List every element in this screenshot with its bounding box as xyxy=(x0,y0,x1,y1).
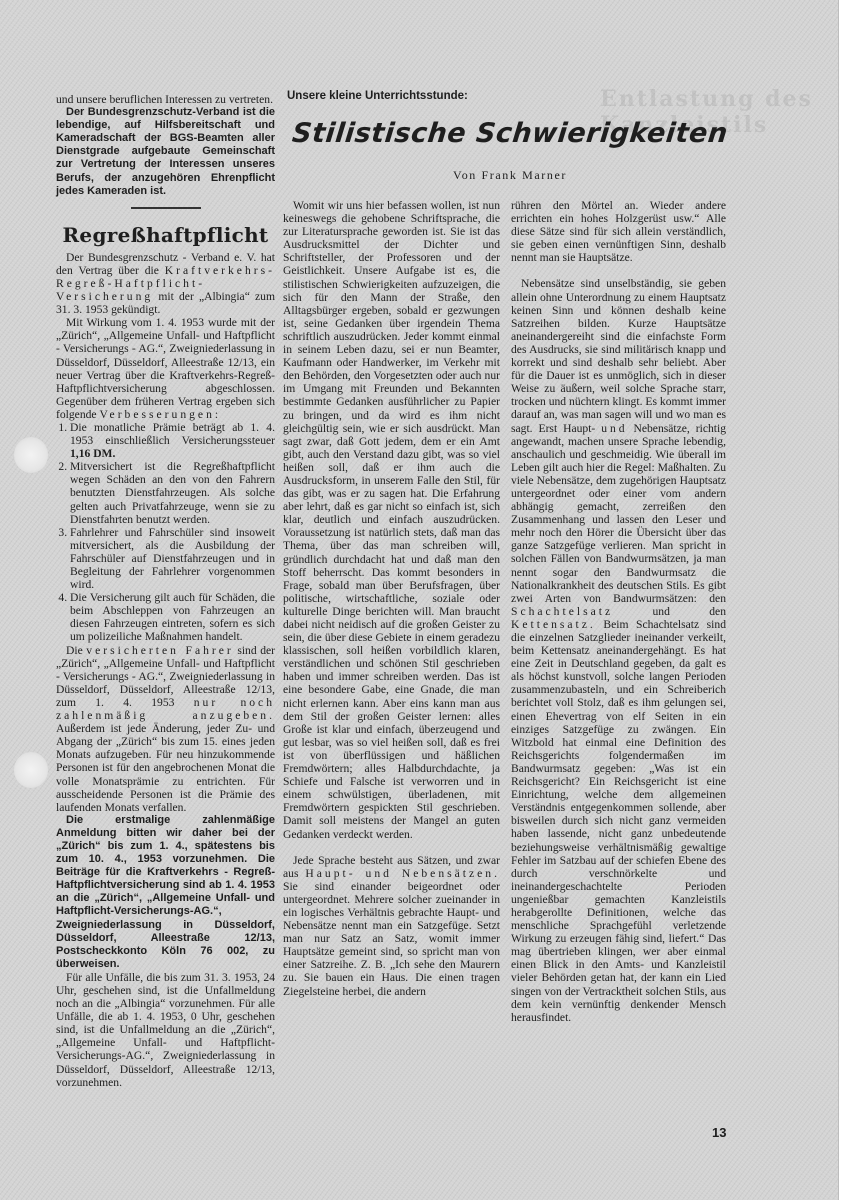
middle-column: Womit wir uns hier befassen wollen, ist … xyxy=(283,199,500,998)
paragraph-2: Jede Sprache besteht aus Sätzen, und zwa… xyxy=(283,854,500,998)
right-column: rühren den Mörtel an. Wieder andere erri… xyxy=(511,199,726,1024)
paragraph-3: Die versicherten Fahrer sind der „Zürich… xyxy=(56,644,275,814)
scanned-page: Entlastung des Kanzleistils und unsere b… xyxy=(0,0,839,1200)
paragraph-2: Nebensätze sind unselbständig, sie geben… xyxy=(511,277,726,1023)
intro-text: und unsere beruflichen Interessen zu ver… xyxy=(56,93,275,106)
paragraph-1: rühren den Mörtel an. Wieder andere erri… xyxy=(511,199,726,264)
page-number: 13 xyxy=(712,1125,726,1140)
paragraph-1: Womit wir uns hier befassen wollen, ist … xyxy=(283,199,500,841)
list-item: Die monatliche Prämie beträgt ab 1. 4. 1… xyxy=(70,421,275,460)
list-item: Mitversichert ist die Regreßhaftpflicht … xyxy=(70,460,275,525)
article-byline: Von Frank Marner xyxy=(280,168,740,183)
intro-bold-text: Der Bundesgrenzschutz-Verband ist die le… xyxy=(56,106,275,198)
punch-hole-bottom xyxy=(14,752,48,788)
improvements-list: Die monatliche Prämie beträgt ab 1. 4. 1… xyxy=(56,421,275,644)
article-kicker: Unsere kleine Unterrichtsstunde: xyxy=(287,90,468,102)
paragraph-1: Der Bundesgrenzschutz - Verband e. V. ha… xyxy=(56,251,275,316)
article-title: Stilistische Schwierigkeiten xyxy=(278,118,741,149)
paragraph-2: Mit Wirkung vom 1. 4. 1953 wurde mit der… xyxy=(56,316,275,421)
list-item: Die Versicherung gilt auch für Schäden, … xyxy=(70,591,275,643)
left-column: und unsere beruflichen Interessen zu ver… xyxy=(56,93,275,1089)
paragraph-4-bold: Die erstmalige zahlenmäßige Anmeldung bi… xyxy=(56,814,275,971)
paragraph-5: Für alle Unfälle, die bis zum 31. 3. 195… xyxy=(56,971,275,1089)
divider-rule xyxy=(131,207,201,209)
list-item: Fahrlehrer und Fahrschüler sind insoweit… xyxy=(70,526,275,591)
punch-hole-top xyxy=(14,437,48,473)
section-title: Regreßhaftpflicht xyxy=(56,223,275,247)
